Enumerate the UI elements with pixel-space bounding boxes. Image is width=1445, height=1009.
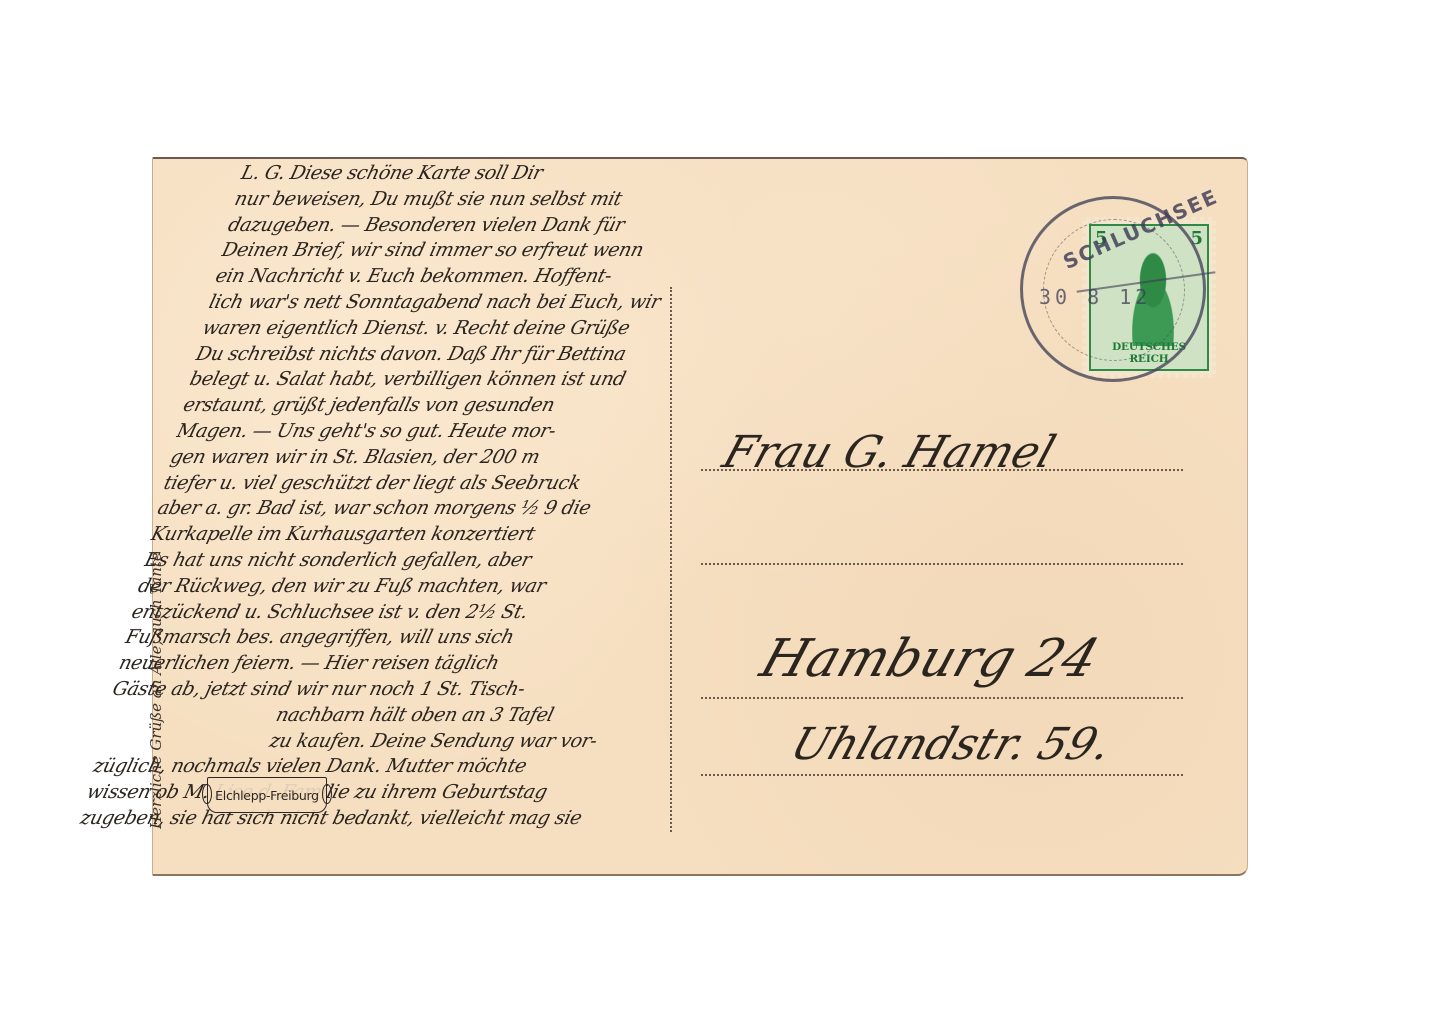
message-line: Gäste ab, jetzt sind wir nur noch 1 St. … bbox=[110, 677, 636, 703]
address-line-1 bbox=[701, 469, 1183, 471]
address-line-2 bbox=[701, 563, 1183, 565]
address-line-4 bbox=[701, 774, 1183, 776]
message-line: nur beweisen, Du mußt sie nun selbst mit bbox=[232, 187, 758, 213]
message-line: waren eigentlich Dienst. v. Recht deine … bbox=[200, 316, 726, 342]
message-line: nachbarn hält oben an 3 Tafel bbox=[103, 703, 629, 729]
message-line: L. G. Diese schöne Karte soll Dir bbox=[238, 161, 764, 187]
message-line: Magen. — Uns geht's so gut. Heute mor- bbox=[174, 419, 700, 445]
address-street: Uhlandstr. 59. bbox=[785, 719, 1118, 770]
dotted-divider bbox=[670, 287, 672, 832]
message-line: neuerlichen feiern. — Hier reisen täglic… bbox=[116, 651, 642, 677]
message-line: entzückend u. Schluchsee ist v. den 2½ S… bbox=[129, 600, 655, 626]
message-line: zu kaufen. Deine Sendung war vor- bbox=[97, 729, 623, 755]
publisher-imprint: Elchlepp-Freiburg bbox=[207, 777, 327, 813]
message-line: lich war's nett Sonntagabend nach bei Eu… bbox=[206, 290, 732, 316]
address-city: Hamburg 24 bbox=[753, 629, 1106, 689]
message-line: ein Nachricht v. Euch bekommen. Hoffent- bbox=[212, 264, 738, 290]
message-line: tiefer u. viel geschützt der liegt als S… bbox=[161, 471, 687, 497]
message-line: aber a. gr. Bad ist, war schon morgens ½… bbox=[155, 496, 681, 522]
postcard: L. G. Diese schöne Karte soll Dir nur be… bbox=[152, 157, 1248, 876]
margin-note: Herzliche Grüße an Alle, auch Tante bbox=[147, 309, 167, 829]
address-line-3 bbox=[701, 697, 1183, 699]
handwritten-message: L. G. Diese schöne Karte soll Dir nur be… bbox=[77, 161, 764, 832]
message-line: Deinen Brief, wir sind immer so erfreut … bbox=[219, 238, 745, 264]
message-line: Es hat uns nicht sonderlich gefallen, ab… bbox=[142, 548, 668, 574]
message-line: gen waren wir in St. Blasien, der 200 m bbox=[167, 445, 693, 471]
message-line: Fußmarsch bes. angegriffen, will uns sic… bbox=[122, 625, 648, 651]
postmark-date: 30 8 12 bbox=[1039, 285, 1151, 309]
postmark: SCHLUCHSEE 30 8 12 bbox=[1020, 196, 1206, 382]
message-line: Kurkapelle im Kurhausgarten konzertiert bbox=[148, 522, 674, 548]
message-line: der Rückweg, den wir zu Fuß machten, war bbox=[135, 574, 661, 600]
publisher-name: Elchlepp-Freiburg bbox=[215, 788, 319, 803]
message-line: erstaunt, grüßt jedenfalls von gesunden bbox=[180, 393, 706, 419]
message-line: züglich, nochmals vielen Dank. Mutter mö… bbox=[90, 754, 616, 780]
message-line: dazugeben. — Besonderen vielen Dank für bbox=[225, 213, 751, 239]
message-line: belegt u. Salat habt, verbilligen können… bbox=[187, 367, 713, 393]
message-line: Du schreibst nichts davon. Daß Ihr für B… bbox=[193, 342, 719, 368]
